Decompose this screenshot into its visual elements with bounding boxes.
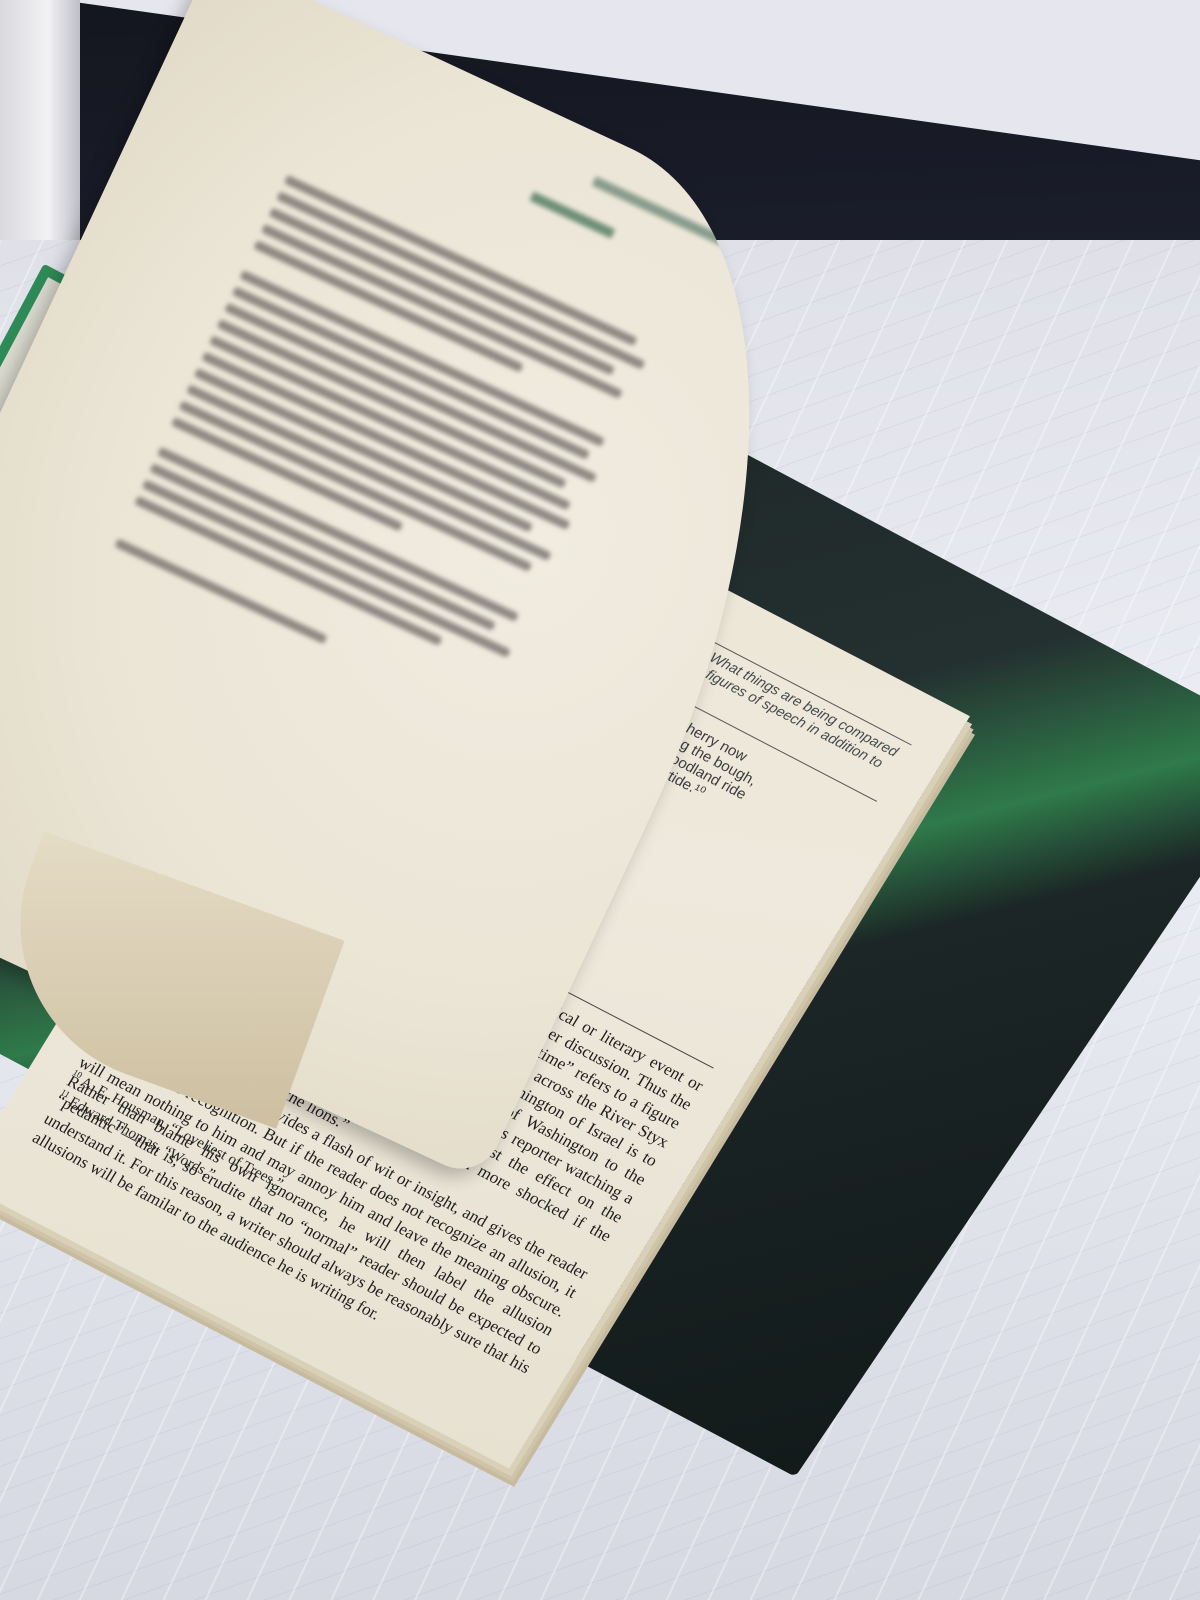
- footnote-number: 11: [59, 1087, 72, 1100]
- white-box-corner: [0, 0, 80, 260]
- blurred-subheading: [529, 191, 615, 238]
